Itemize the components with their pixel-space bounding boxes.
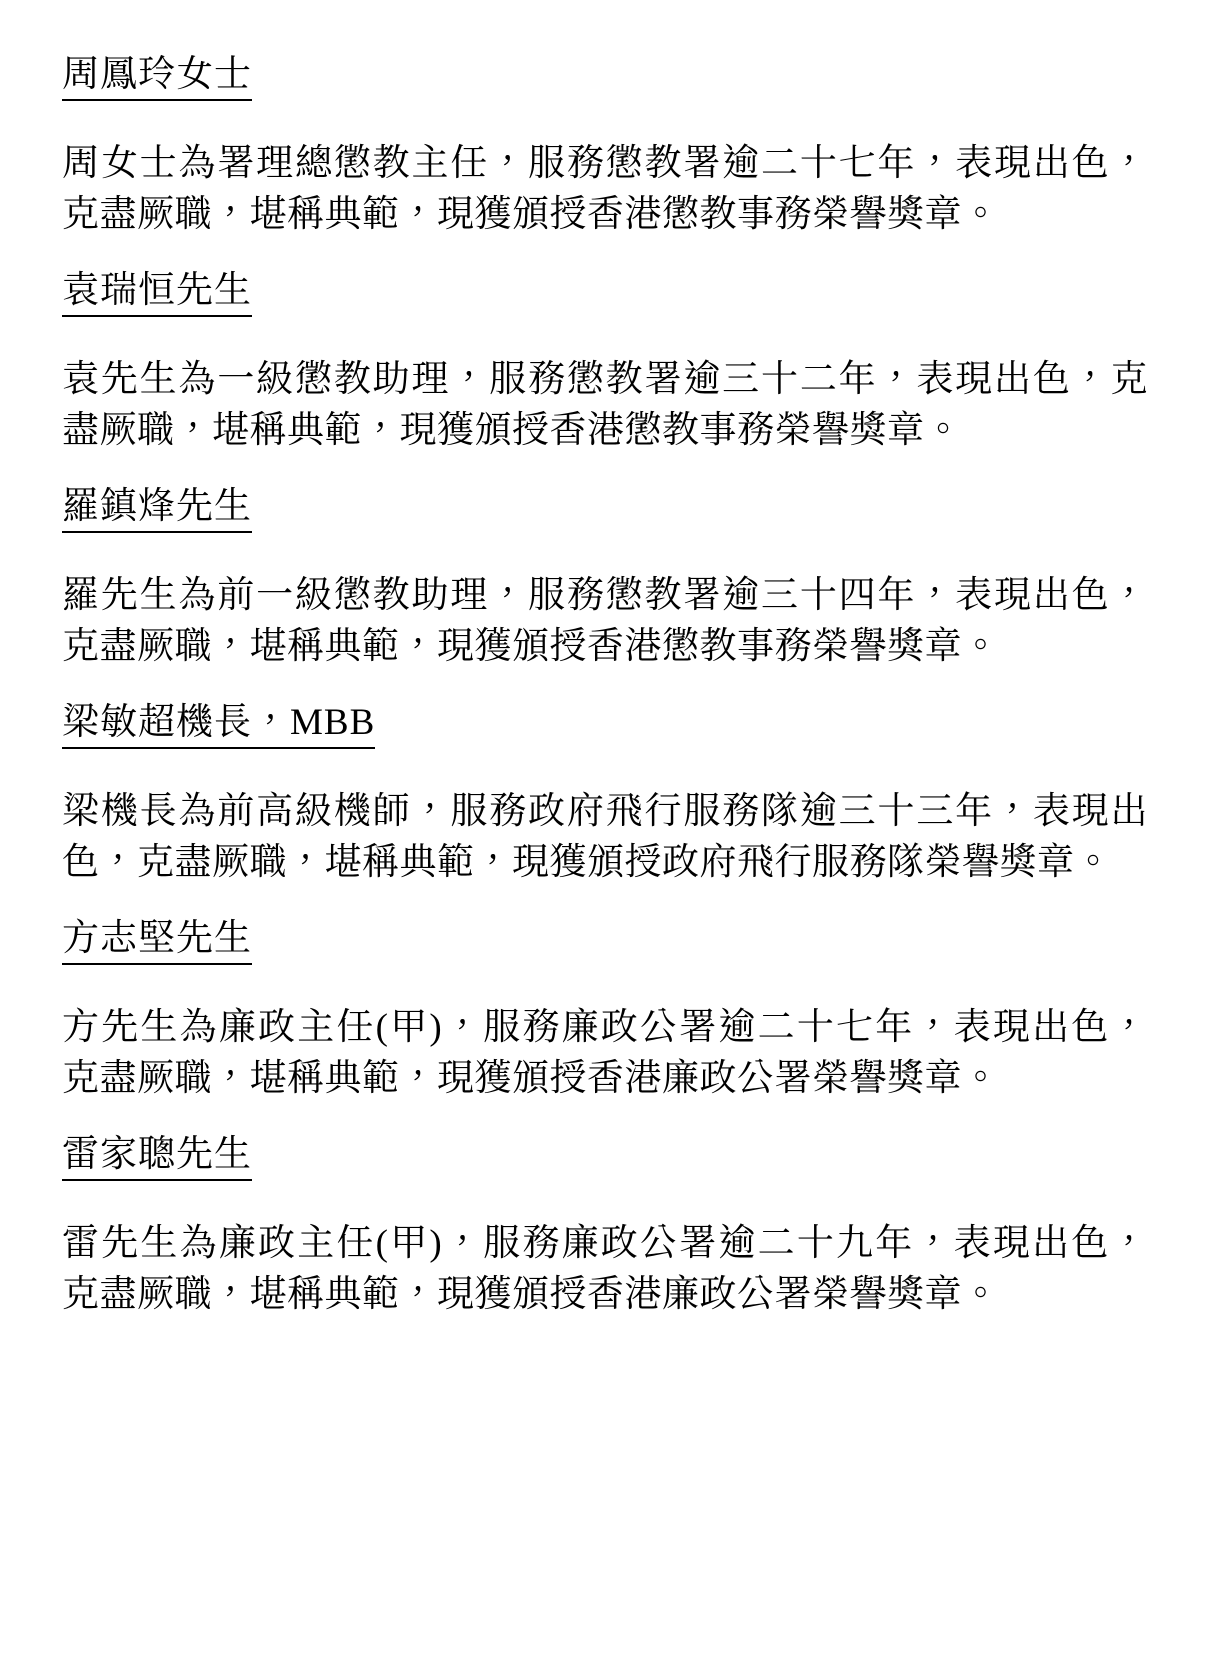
honoree-citation: 梁機長為前高級機師，服務政府飛行服務隊逾三十三年，表現出色，克盡厥職，堪稱典範，… <box>62 786 1148 888</box>
citation-line: 雷先生為廉政主任(甲)，服務廉政公署逾二十九年，表現出色， <box>62 1218 1148 1269</box>
honoree-citation: 周女士為署理總懲教主任，服務懲教署逾二十七年，表現出色，克盡厥職，堪稱典範，現獲… <box>62 138 1148 240</box>
document-page: 周鳳玲女士 周女士為署理總懲教主任，服務懲教署逾二十七年，表現出色，克盡厥職，堪… <box>0 0 1209 1655</box>
honoree-section: 方志堅先生 方先生為廉政主任(甲)，服務廉政公署逾二十七年，表現出色，克盡厥職，… <box>62 916 1148 1104</box>
honoree-section: 羅鎮烽先生 羅先生為前一級懲教助理，服務懲教署逾三十四年，表現出色，克盡厥職，堪… <box>62 484 1148 672</box>
citation-line: 梁機長為前高級機師，服務政府飛行服務隊逾三十三年，表現出 <box>62 786 1148 837</box>
citation-line: 克盡厥職，堪稱典範，現獲頒授香港廉政公署榮譽獎章。 <box>62 1053 1148 1104</box>
honoree-name-heading: 周鳳玲女士 <box>62 52 1148 97</box>
honoree-citation: 方先生為廉政主任(甲)，服務廉政公署逾二十七年，表現出色，克盡厥職，堪稱典範，現… <box>62 1002 1148 1104</box>
honoree-name-heading: 袁瑞恒先生 <box>62 268 1148 313</box>
citation-line: 克盡厥職，堪稱典範，現獲頒授香港懲教事務榮譽獎章。 <box>62 189 1148 240</box>
citation-line: 克盡厥職，堪稱典範，現獲頒授香港懲教事務榮譽獎章。 <box>62 621 1148 672</box>
honoree-citation: 袁先生為一級懲教助理，服務懲教署逾三十二年，表現出色，克盡厥職，堪稱典範，現獲頒… <box>62 354 1148 456</box>
citation-line: 克盡厥職，堪稱典範，現獲頒授香港廉政公署榮譽獎章。 <box>62 1269 1148 1320</box>
honoree-citation: 羅先生為前一級懲教助理，服務懲教署逾三十四年，表現出色，克盡厥職，堪稱典範，現獲… <box>62 570 1148 672</box>
citation-line: 周女士為署理總懲教主任，服務懲教署逾二十七年，表現出色， <box>62 138 1148 189</box>
citation-line: 袁先生為一級懲教助理，服務懲教署逾三十二年，表現出色，克 <box>62 354 1148 405</box>
honoree-section: 梁敏超機長，MBB 梁機長為前高級機師，服務政府飛行服務隊逾三十三年，表現出色，… <box>62 700 1148 888</box>
honoree-name-underlined-text: 方志堅先生 <box>62 918 252 965</box>
honoree-name-heading: 梁敏超機長，MBB <box>62 700 1148 745</box>
honoree-section: 周鳳玲女士 周女士為署理總懲教主任，服務懲教署逾二十七年，表現出色，克盡厥職，堪… <box>62 52 1148 240</box>
citation-line: 方先生為廉政主任(甲)，服務廉政公署逾二十七年，表現出色， <box>62 1002 1148 1053</box>
honoree-citation: 雷先生為廉政主任(甲)，服務廉政公署逾二十九年，表現出色，克盡厥職，堪稱典範，現… <box>62 1218 1148 1320</box>
honoree-section: 雷家聰先生 雷先生為廉政主任(甲)，服務廉政公署逾二十九年，表現出色，克盡厥職，… <box>62 1132 1148 1320</box>
citation-line: 盡厥職，堪稱典範，現獲頒授香港懲教事務榮譽獎章。 <box>62 405 1148 456</box>
honoree-name-heading: 羅鎮烽先生 <box>62 484 1148 529</box>
citation-line: 色，克盡厥職，堪稱典範，現獲頒授政府飛行服務隊榮譽獎章。 <box>62 837 1148 888</box>
honoree-section: 袁瑞恒先生 袁先生為一級懲教助理，服務懲教署逾三十二年，表現出色，克盡厥職，堪稱… <box>62 268 1148 456</box>
honoree-name-underlined-text: 梁敏超機長，MBB <box>62 702 375 749</box>
citation-line: 羅先生為前一級懲教助理，服務懲教署逾三十四年，表現出色， <box>62 570 1148 621</box>
honoree-name-heading: 方志堅先生 <box>62 916 1148 961</box>
honoree-name-underlined-text: 雷家聰先生 <box>62 1134 252 1181</box>
honoree-name-underlined-text: 羅鎮烽先生 <box>62 486 252 533</box>
honoree-name-heading: 雷家聰先生 <box>62 1132 1148 1177</box>
honoree-name-underlined-text: 周鳳玲女士 <box>62 54 252 101</box>
honoree-name-underlined-text: 袁瑞恒先生 <box>62 270 252 317</box>
